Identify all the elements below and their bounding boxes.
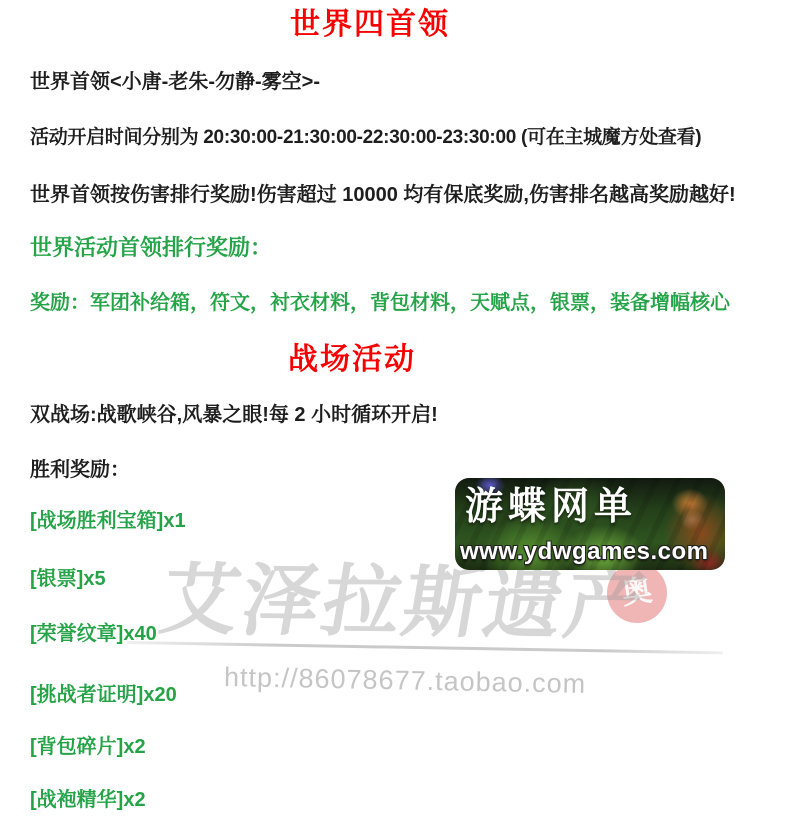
damage-rank-rule-line: 世界首领按伤害排行奖励!伤害超过 10000 均有保底奖励,伤害排名越高奖励越好… bbox=[30, 184, 736, 207]
watermark-taobao-url: http://86078677.taobao.com bbox=[224, 662, 587, 700]
reward-item: [战场胜利宝箱]x1 bbox=[30, 510, 186, 533]
reward-item: [荣誉纹章]x40 bbox=[30, 623, 157, 646]
event-times-line: 活动开启时间分别为 20:30:00-21:30:00-22:30:00-23:… bbox=[30, 127, 701, 149]
boss-rewards-heading: 世界活动首领排行奖励： bbox=[30, 235, 272, 260]
world-boss-names-line: 世界首领<小唐-老朱-勿静-雾空>- bbox=[30, 71, 320, 94]
reward-item: [战袍精华]x2 bbox=[30, 789, 146, 812]
battleground-info-line: 双战场:战歌峡谷,风暴之眼!每 2 小时循环开启! bbox=[30, 404, 438, 427]
section-title-world-bosses: 世界四首领 bbox=[290, 8, 450, 43]
boss-rewards-list-line: 奖励：军团补给箱，符文，衬衣材料，背包材料，天赋点，银票，装备增幅核心 bbox=[30, 292, 730, 315]
banner-site-name: 游蝶网单 bbox=[465, 488, 637, 526]
announcement-page: 艾泽拉斯遗产 奥 http://86078677.taobao.com 游蝶网单… bbox=[0, 0, 800, 832]
reward-item: [银票]x5 bbox=[30, 568, 106, 591]
banner-site-url: www.ydwgames.com bbox=[460, 540, 709, 564]
section-title-battleground: 战场活动 bbox=[288, 343, 416, 378]
reward-item: [背包碎片]x2 bbox=[30, 736, 146, 759]
site-banner: 游蝶网单 www.ydwgames.com bbox=[455, 478, 725, 570]
reward-item: [挑战者证明]x20 bbox=[30, 684, 177, 707]
victory-rewards-heading: 胜利奖励： bbox=[30, 459, 130, 482]
